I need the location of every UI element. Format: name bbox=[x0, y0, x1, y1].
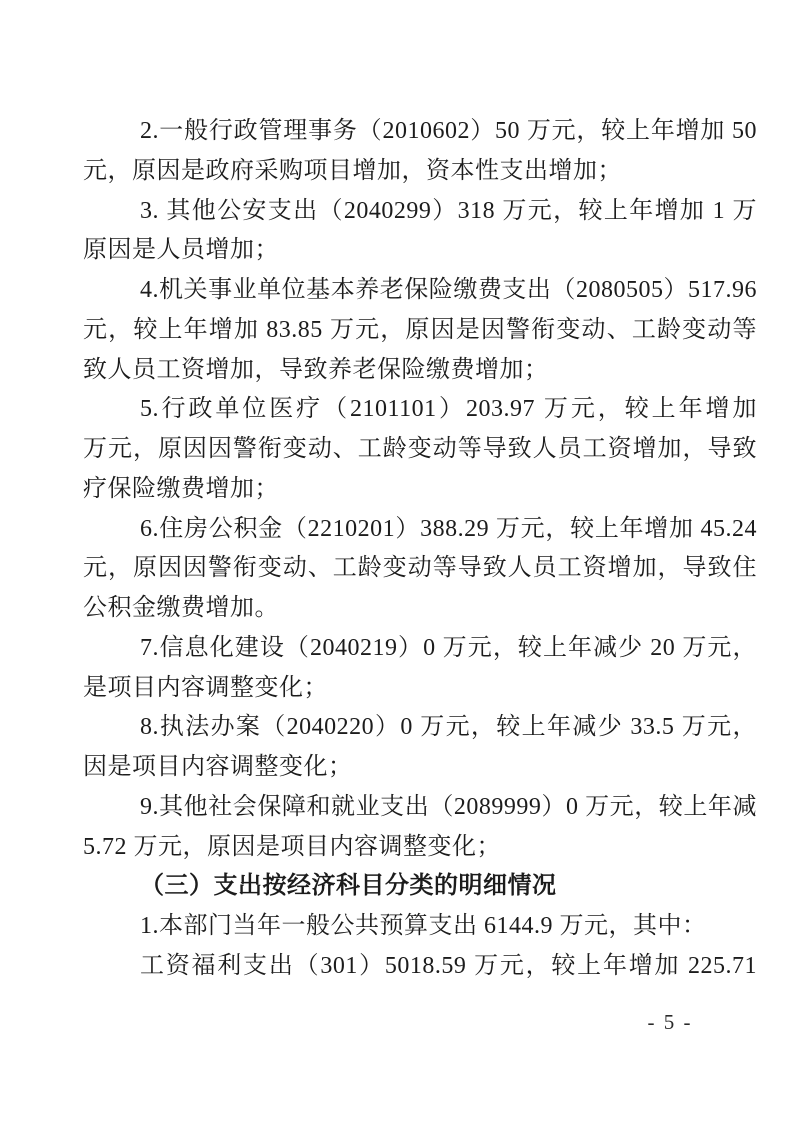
text-line: 疗保险缴费增加； bbox=[83, 470, 757, 510]
text-line: 8.执法办案（2040220）0 万元，较上年减少 33.5 万元，原 bbox=[83, 708, 757, 748]
text-line: 致人员工资增加，导致养老保险缴费增加； bbox=[83, 351, 757, 391]
text-line: 元，较上年增加 83.85 万元，原因是因警衔变动、工龄变动等导 bbox=[83, 311, 757, 351]
text-line: 3. 其他公安支出（2040299）318 万元，较上年增加 1 万元， bbox=[83, 192, 757, 232]
text-line: 7.信息化建设（2040219）0 万元，较上年减少 20 万元，原因 bbox=[83, 629, 757, 669]
text-line: 因是项目内容调整变化； bbox=[83, 748, 757, 788]
text-line: 万元，原因因警衔变动、工龄变动等导致人员工资增加，导致医 bbox=[83, 430, 757, 470]
text-line: 6.住房公积金（2210201）388.29 万元，较上年增加 45.24 万 bbox=[83, 510, 757, 550]
text-line: 2.一般行政管理事务（2010602）50 万元，较上年增加 50 万 bbox=[83, 112, 757, 152]
text-line: 5.72 万元，原因是项目内容调整变化； bbox=[83, 828, 757, 868]
text-line: 5.行政单位医疗（2101101）203.97 万元，较上年增加 10.61 bbox=[83, 390, 757, 430]
text-line: 1.本部门当年一般公共预算支出 6144.9 万元，其中： bbox=[83, 907, 757, 947]
document-page: 2.一般行政管理事务（2010602）50 万元，较上年增加 50 万元，原因是… bbox=[0, 0, 793, 1122]
text-line: 元，原因因警衔变动、工龄变动等导致人员工资增加，导致住房 bbox=[83, 549, 757, 589]
text-line: 公积金缴费增加。 bbox=[83, 589, 757, 629]
text-line: 原因是人员增加； bbox=[83, 231, 757, 271]
document-body: 2.一般行政管理事务（2010602）50 万元，较上年增加 50 万元，原因是… bbox=[83, 112, 757, 987]
text-line: （三）支出按经济科目分类的明细情况 bbox=[83, 867, 757, 907]
text-line: 工资福利支出（301）5018.59 万元，较上年增加 225.71 万 bbox=[83, 947, 757, 987]
text-line: 是项目内容调整变化； bbox=[83, 669, 757, 709]
text-line: 元，原因是政府采购项目增加，资本性支出增加； bbox=[83, 152, 757, 192]
page-number: - 5 - bbox=[630, 1007, 710, 1037]
text-line: 9.其他社会保障和就业支出（2089999）0 万元，较上年减少 bbox=[83, 788, 757, 828]
text-line: 4.机关事业单位基本养老保险缴费支出（2080505）517.96 万 bbox=[83, 271, 757, 311]
